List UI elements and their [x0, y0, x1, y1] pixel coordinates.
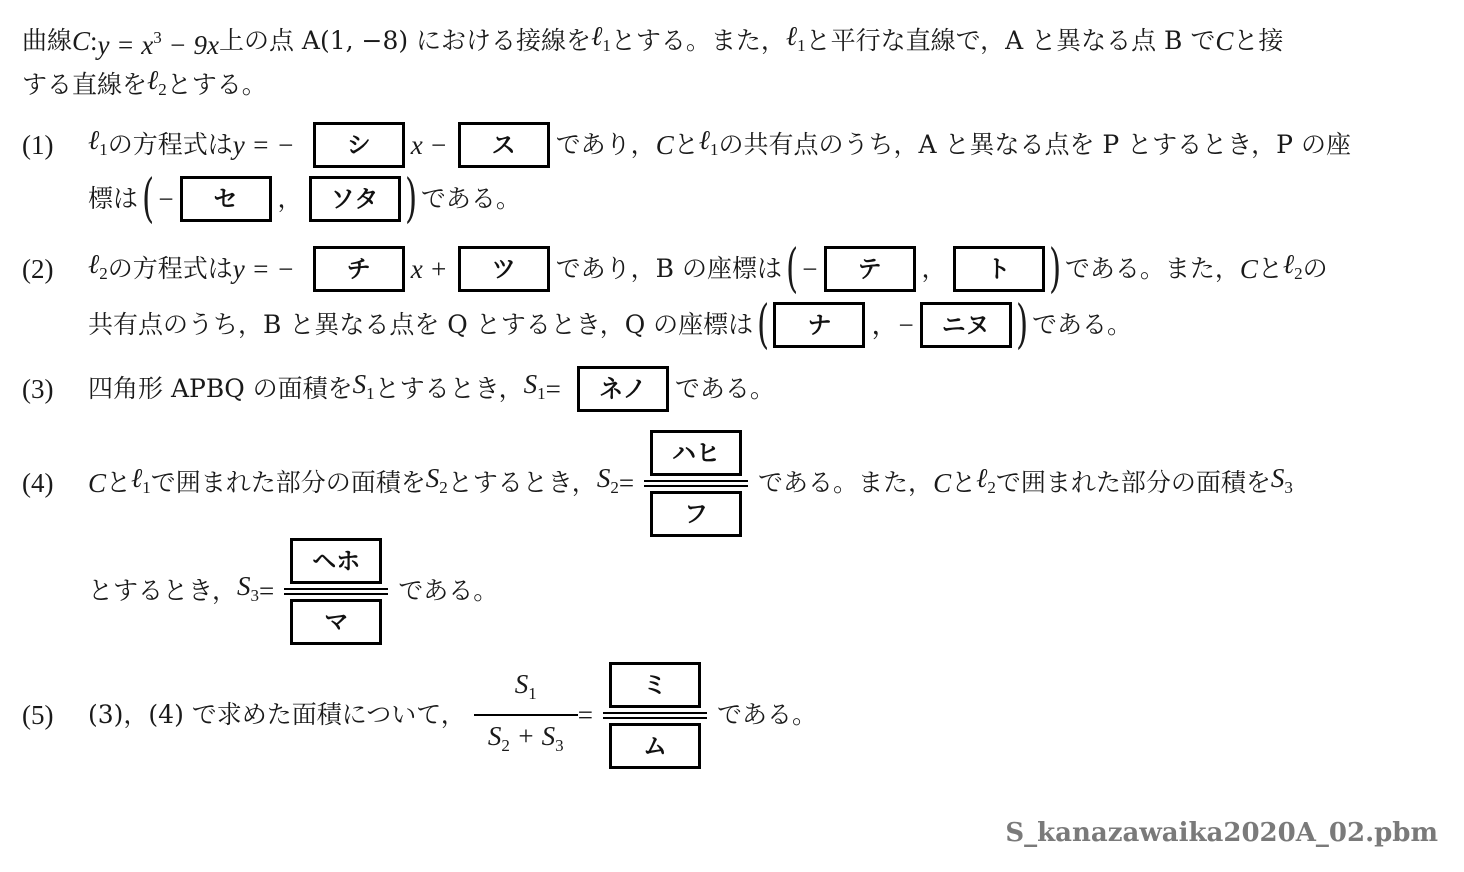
text: の方程式は: [108, 127, 233, 163]
fraction-s3: ヘホ マ: [284, 538, 388, 645]
comma-minus: ，−: [871, 307, 913, 343]
answer-box-shi[interactable]: シ: [313, 122, 405, 168]
answer-box-sota[interactable]: ソタ: [309, 176, 401, 222]
equation: y = x3 − 9x: [98, 20, 219, 63]
text: とする。: [167, 67, 267, 103]
denominator: S2 + S3: [488, 718, 564, 764]
text: 四角形 APBQ の面積を: [88, 371, 353, 407]
q3-line: (3) 四角形 APBQ の面積を S1 とするとき， S1 = ネノ である。: [22, 366, 775, 412]
fraction-s2: ハヒ フ: [644, 430, 748, 537]
question-number: (4): [22, 465, 88, 501]
s2-symbol: S2: [597, 460, 619, 506]
q4-line-1: (4) C と ℓ1 で囲まれた部分の面積を S2 とするとき， S2 = ハヒ…: [22, 430, 1293, 536]
q2-line-2: 共有点のうち，B と異なる点を Q とするとき，Q の座標は ( ナ ，− ニヌ…: [88, 302, 1132, 348]
answer-box-neno[interactable]: ネノ: [577, 366, 669, 412]
text: とするとき，: [88, 573, 237, 609]
ell-2: ℓ2: [976, 460, 996, 506]
answer-box-na[interactable]: ナ: [773, 302, 865, 348]
answer-box-ninu[interactable]: ニヌ: [920, 302, 1012, 348]
curve-c: C: [88, 465, 106, 501]
text: である。: [421, 181, 521, 217]
text: と: [674, 127, 699, 163]
ell-2: ℓ2: [147, 62, 167, 108]
q5-line: (5) (3)，(4) で求めた面積について， S1 S2 + S3 = ミ ム…: [22, 662, 817, 768]
text: である。: [675, 371, 775, 407]
curve-c: C: [656, 127, 674, 163]
text: とするとき，: [448, 465, 597, 501]
text: 上の点 A(1, −8) における接線を: [219, 23, 591, 59]
q1-line-2: 標は ( − セ ， ソタ ) である。: [88, 176, 521, 222]
text: とするとき，: [375, 371, 524, 407]
right-paren: ): [1016, 305, 1028, 345]
left-paren: (: [757, 305, 769, 345]
equals: =: [259, 573, 274, 609]
s1-symbol: S1: [353, 366, 375, 412]
text: の共有点のうち，A と異なる点を P とするとき，P の座: [718, 127, 1351, 163]
equals: =: [546, 371, 561, 407]
text: である。: [717, 697, 817, 733]
text: であり，B の座標は: [556, 251, 782, 287]
question-number: (5): [22, 697, 88, 733]
ell-1: ℓ1: [786, 18, 806, 64]
text: で囲まれた部分の面積を: [996, 465, 1271, 501]
q2-line-1: (2) ℓ2 の方程式は y = − チ x + ツ であり，B の座標は ( …: [22, 246, 1328, 292]
answer-box-heho[interactable]: ヘホ: [290, 538, 382, 584]
fraction-bar: [474, 714, 578, 716]
minus-sign: −: [158, 181, 173, 217]
equals: =: [619, 465, 634, 501]
text: の方程式は: [108, 251, 233, 287]
text: 標は: [88, 181, 138, 217]
ell-1: ℓ1: [88, 122, 108, 168]
question-number: (3): [22, 371, 88, 407]
ell-2: ℓ2: [1283, 246, 1303, 292]
fraction-bar: [284, 588, 388, 595]
text: と: [106, 465, 131, 501]
curve-c: C: [72, 23, 90, 59]
text: と: [951, 465, 976, 501]
s3-symbol: S3: [237, 568, 259, 614]
answer-box-se[interactable]: セ: [180, 176, 272, 222]
left-paren: (: [142, 179, 154, 219]
fraction-answer: ミ ム: [603, 662, 707, 769]
fraction-bar: [603, 712, 707, 719]
filename-label: S_kanazawaika2020A_02.pbm: [1005, 818, 1438, 848]
answer-box-ma[interactable]: マ: [290, 599, 382, 645]
comma: ，: [922, 251, 947, 287]
text: (3)，(4) で求めた面積について，: [88, 697, 466, 733]
colon: :: [90, 23, 98, 59]
right-paren: ): [405, 179, 417, 219]
intro-line-1: 曲線 C : y = x3 − 9x 上の点 A(1, −8) における接線を …: [22, 18, 1283, 64]
text: する直線を: [22, 67, 147, 103]
text: である。また，: [758, 465, 933, 501]
text: である。: [1032, 307, 1132, 343]
answer-box-hahi[interactable]: ハヒ: [650, 430, 742, 476]
minus-sign: −: [802, 251, 817, 287]
text: の: [1303, 251, 1328, 287]
text: と接: [1233, 23, 1283, 59]
equation: y = −: [233, 127, 295, 163]
question-number: (1): [22, 127, 88, 163]
fraction-bar: [644, 480, 748, 487]
numerator: S1: [515, 666, 537, 712]
text: である。また，: [1065, 251, 1240, 287]
curve-c: C: [1215, 23, 1233, 59]
s2-symbol: S2: [426, 460, 448, 506]
curve-c: C: [1240, 251, 1258, 287]
text: で囲まれた部分の面積を: [151, 465, 426, 501]
comma: ，: [278, 181, 303, 217]
answer-box-tsu[interactable]: ツ: [458, 246, 550, 292]
q4-line-2: とするとき， S3 = ヘホ マ である。: [88, 538, 498, 644]
text: と: [1258, 251, 1283, 287]
equation: y = −: [233, 251, 295, 287]
text: 共有点のうち，B と異なる点を Q とするとき，Q の座標は: [88, 307, 753, 343]
ell-1: ℓ1: [591, 18, 611, 64]
equals: =: [578, 697, 593, 733]
ell-2: ℓ2: [88, 246, 108, 292]
ell-1: ℓ1: [699, 122, 719, 168]
fraction-s1-over-sum: S1 S2 + S3: [474, 666, 578, 764]
answer-box-chi[interactable]: チ: [313, 246, 405, 292]
text: と平行な直線で，A と異なる点 B で: [806, 23, 1216, 59]
intro-line-2: する直線を ℓ2 とする。: [22, 62, 267, 108]
text: とする。また，: [611, 23, 786, 59]
answer-box-to[interactable]: ト: [953, 246, 1045, 292]
answer-box-su[interactable]: ス: [458, 122, 550, 168]
question-number: (2): [22, 251, 88, 287]
answer-box-mi[interactable]: ミ: [609, 662, 701, 708]
s3-symbol: S3: [1271, 460, 1293, 506]
text: であり，: [556, 127, 656, 163]
equation: x −: [411, 127, 448, 163]
answer-box-fu[interactable]: フ: [650, 491, 742, 537]
curve-c: C: [933, 465, 951, 501]
text: である。: [398, 573, 498, 609]
q1-line-1: (1) ℓ1 の方程式は y = − シ x − ス であり， C と ℓ1 の…: [22, 122, 1351, 168]
left-paren: (: [786, 249, 798, 289]
answer-box-te[interactable]: テ: [824, 246, 916, 292]
answer-box-mu[interactable]: ム: [609, 723, 701, 769]
s1-symbol: S1: [524, 366, 546, 412]
text: 曲線: [22, 23, 72, 59]
ell-1: ℓ1: [131, 460, 151, 506]
right-paren: ): [1049, 249, 1061, 289]
equation: x +: [411, 251, 448, 287]
